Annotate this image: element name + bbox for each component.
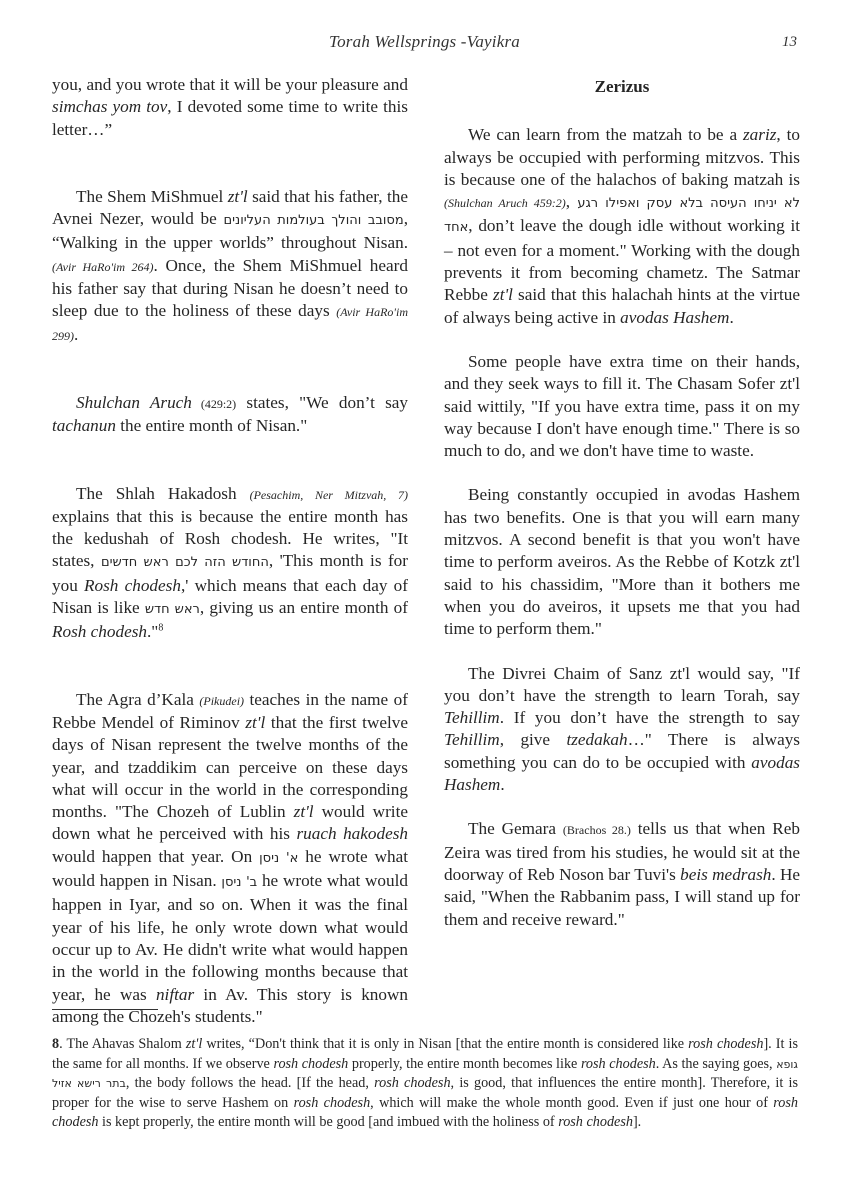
hebrew-date: א' ניסן	[259, 851, 298, 866]
footnote-ref[interactable]: 8	[158, 623, 163, 634]
hebrew-quote: מסובב והולך בעולמות העליונים	[223, 213, 403, 228]
section-heading: Zerizus	[444, 76, 800, 98]
citation: (Avir HaRo'im 264)	[52, 260, 153, 274]
paragraph-agra-dkala: The Agra d’Kala (Pikudei) teaches in the…	[52, 689, 408, 1028]
citation: (Pikudei)	[199, 694, 244, 708]
paragraph-divrei-chaim: The Divrei Chaim of Sanz zt'l would say,…	[444, 663, 800, 797]
footnotes: 8. The Ahavas Shalom zt'l writes, “Don't…	[52, 1035, 798, 1133]
running-title: Torah Wellsprings -Vayikra	[0, 32, 849, 52]
paragraph-shem-mishmuel: The Shem MiShmuel zt'l said that his fat…	[52, 186, 408, 347]
hebrew-quote: ראש חדש	[145, 602, 200, 617]
paragraph-shlah: The Shlah Hakadosh (Pesachim, Ner Mitzva…	[52, 483, 408, 644]
citation: (429:2)	[192, 397, 236, 411]
page-header: Torah Wellsprings -Vayikra 13	[0, 32, 849, 56]
paragraph-extra-time: Some people have extra time on their han…	[444, 351, 800, 462]
hebrew-quote: החודש הזה לכם ראש חדשים	[101, 555, 269, 570]
citation: (Brachos 28.)	[563, 823, 631, 837]
paragraph-gemara: The Gemara (Brachos 28.) tells us that w…	[444, 818, 800, 930]
right-column: Zerizus We can learn from the matzah to …	[444, 74, 800, 931]
citation: (Pesachim, Ner Mitzvah, 7)	[250, 488, 408, 502]
footnote-8: 8. The Ahavas Shalom zt'l writes, “Don't…	[52, 1035, 798, 1133]
page-number: 13	[782, 34, 797, 51]
paragraph-letter-end: you, and you wrote that it will be your …	[52, 74, 408, 141]
paragraph-matzah: We can learn from the matzah to be a zar…	[444, 124, 800, 329]
hebrew-date: ב' ניסן	[221, 875, 257, 890]
paragraph-shulchan-aruch: Shulchan Aruch (429:2) states, "We don’t…	[52, 392, 408, 438]
left-column: you, and you wrote that it will be your …	[52, 74, 408, 1028]
footnote-divider	[52, 1009, 158, 1010]
paragraph-two-benefits: Being constantly occupied in avodas Hash…	[444, 484, 800, 640]
citation: (Shulchan Aruch 459:2)	[444, 196, 566, 210]
